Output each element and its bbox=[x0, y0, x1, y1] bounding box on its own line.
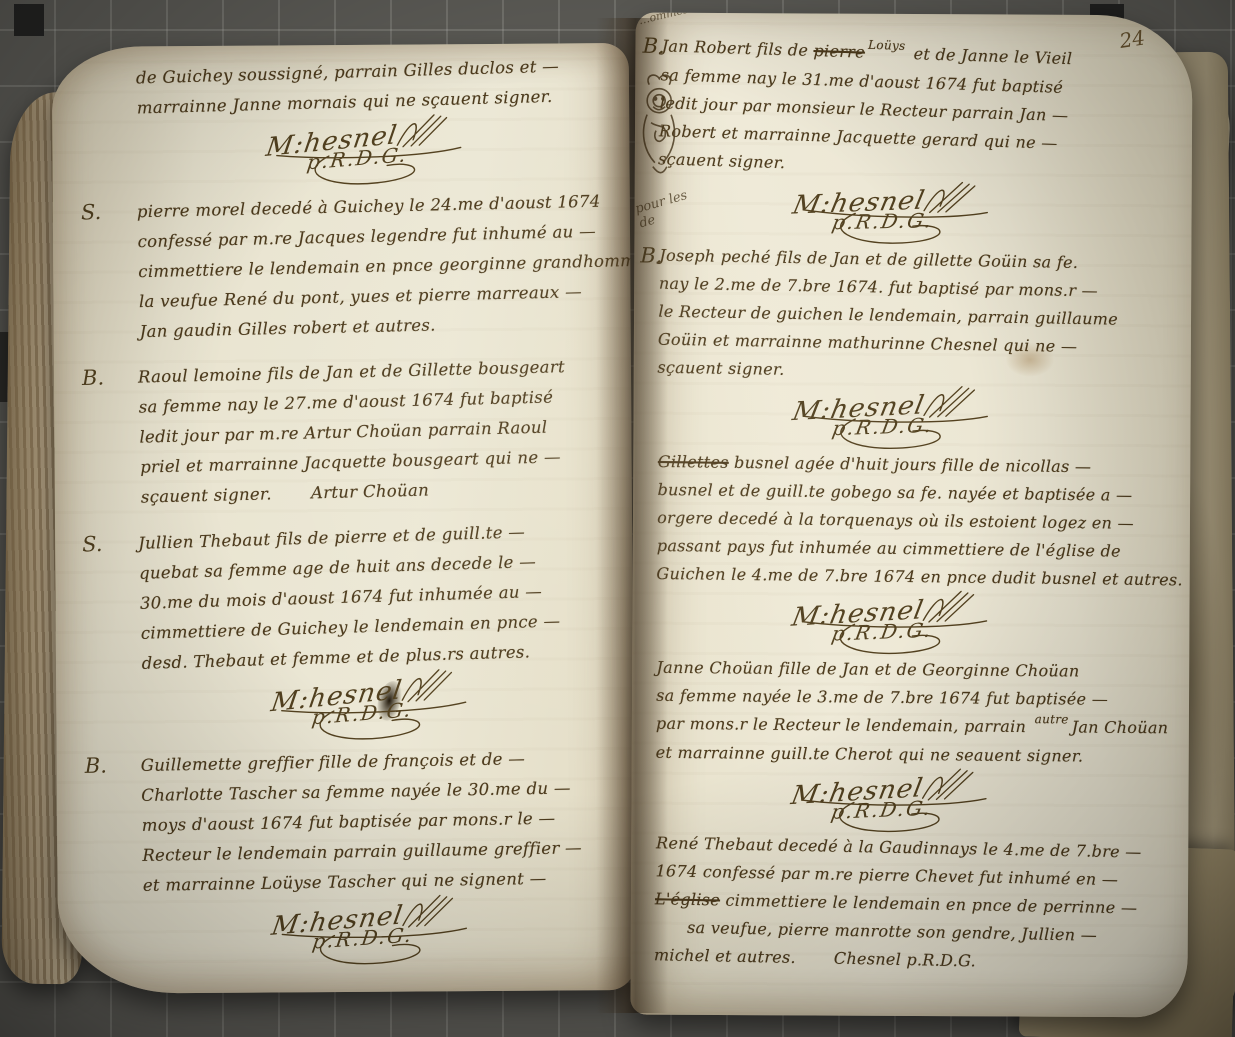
flourish-underline-icon bbox=[789, 792, 999, 838]
entry-lines: Jan Robert fils de pierreLoüys et de Jan… bbox=[658, 32, 1155, 188]
text-segment: et de Janne le Vieil bbox=[908, 44, 1073, 68]
margin-letter: S. bbox=[81, 200, 102, 224]
inserted-word: autre bbox=[1035, 705, 1069, 733]
text-segment: busnel agée d'huit jours fille de nicoll… bbox=[729, 453, 1092, 476]
text-segment: Jan Robert fils de bbox=[661, 36, 813, 60]
signature-block: M:hesnelp.R.D.G. bbox=[656, 590, 1110, 650]
margin-letter: B. bbox=[640, 243, 663, 267]
entry-lines: pierre morel decedé à Guichey le 24.me d… bbox=[137, 186, 618, 347]
register-entry: S.pierre morel decedé à Guichey le 24.me… bbox=[137, 186, 618, 347]
margin-letter: B. bbox=[85, 754, 108, 778]
margin-letter: B. bbox=[82, 365, 105, 390]
entry-lines: Guillemette greffier fille de françois e… bbox=[141, 743, 622, 901]
signature-block: M:hesnelp.R.D.G. bbox=[143, 895, 582, 961]
manuscript-line: par mons.r le Recteur le lendemain, parr… bbox=[656, 710, 1149, 743]
flourish-underline-icon bbox=[270, 697, 481, 747]
signature-block: M:hesnelp.R.D.G. bbox=[655, 769, 1108, 827]
register-entry: B.Joseph peché fils de Jan et de gillett… bbox=[656, 242, 1152, 447]
entry-lines: René Thebaut decedé à la Gaudinnays le 4… bbox=[654, 829, 1150, 978]
manuscript-line: et marrainne guill.te Cherot qui ne seau… bbox=[656, 739, 1149, 771]
signature-block: M:hesnelp.R.D.G. bbox=[142, 668, 582, 739]
manuscript-line: Janne Choüan fille de Jan et de Georginn… bbox=[656, 654, 1149, 686]
entry-lines: de Guichey soussigné, parrain Gilles duc… bbox=[136, 50, 615, 123]
flourish-underline-icon bbox=[790, 408, 1001, 456]
margin-letter: B. bbox=[642, 34, 665, 59]
edge-inscription: …ommes de … bbox=[637, 13, 720, 28]
register-entry: S.Jullien Thebaut fils de pierre et de g… bbox=[138, 515, 622, 739]
entry-lines: Janne Choüan fille de Jan et de Georginn… bbox=[656, 654, 1150, 771]
register-entry: Gillettes busnel agée d'huit jours fille… bbox=[656, 448, 1151, 650]
signature-block: M:hesnelp.R.D.G. bbox=[656, 175, 1110, 243]
struck-word: pierre bbox=[813, 41, 865, 62]
entry-lines: Jullien Thebaut fils de pierre et de gui… bbox=[138, 515, 620, 679]
struck-word: L'église bbox=[655, 889, 720, 909]
manuscript-line: sa femme nayée le 3.me de 7.bre 1674 fut… bbox=[656, 682, 1149, 714]
entry-lines: Raoul lemoine fils de Jan et de Gillette… bbox=[138, 351, 620, 513]
text-segment: par mons.r le Recteur le lendemain, parr… bbox=[656, 714, 1032, 736]
register-entry: B.Raoul lemoine fils de Jan et de Gillet… bbox=[138, 351, 620, 513]
signature-block: M:hesnelp.R.D.G. bbox=[656, 384, 1110, 446]
left-page: de Guichey soussigné, parrain Gilles duc… bbox=[52, 43, 636, 994]
right-page-entries: B.Jan Robert fils de pierreLoüys et de J… bbox=[655, 39, 1153, 976]
manuscript-line: Guichen le 4.me de 7.bre 1674 en pnce du… bbox=[656, 560, 1149, 594]
struck-word: Gillettes bbox=[658, 452, 729, 472]
register-entry: de Guichey soussigné, parrain Gilles duc… bbox=[136, 50, 617, 183]
register-entry: B.Guillemette greffier fille de françois… bbox=[141, 743, 623, 961]
entry-lines: Gillettes busnel agée d'huit jours fille… bbox=[656, 448, 1151, 594]
register-entry: René Thebaut decedé à la Gaudinnays le 4… bbox=[654, 829, 1150, 978]
flourish-underline-icon bbox=[790, 614, 1001, 661]
left-page-entries: de Guichey soussigné, parrain Gilles duc… bbox=[137, 55, 621, 958]
mat-corner-square bbox=[14, 4, 44, 36]
signature-block: M:hesnelp.R.D.G. bbox=[137, 113, 576, 183]
inserted-word: Loüys bbox=[868, 31, 906, 60]
register-entry: Janne Choüan fille de Jan et de Georginn… bbox=[655, 654, 1149, 827]
right-page: 24 …ommes de … pour les de B.Jan Robert … bbox=[630, 13, 1192, 1018]
flourish-underline-icon bbox=[265, 142, 476, 192]
photograph-of-parish-register: de Guichey soussigné, parrain Gilles duc… bbox=[0, 0, 1235, 1037]
text-segment: cimmettiere le lendemain en pnce de perr… bbox=[720, 890, 1138, 917]
register-entry: B.Jan Robert fils de pierreLoüys et de J… bbox=[656, 32, 1155, 244]
flourish-underline-icon bbox=[270, 923, 481, 971]
entry-lines: Joseph peché fils de Jan et de gillette … bbox=[657, 242, 1152, 391]
margin-letter: S. bbox=[82, 532, 103, 557]
text-segment: Jan Choüan bbox=[1072, 717, 1169, 737]
